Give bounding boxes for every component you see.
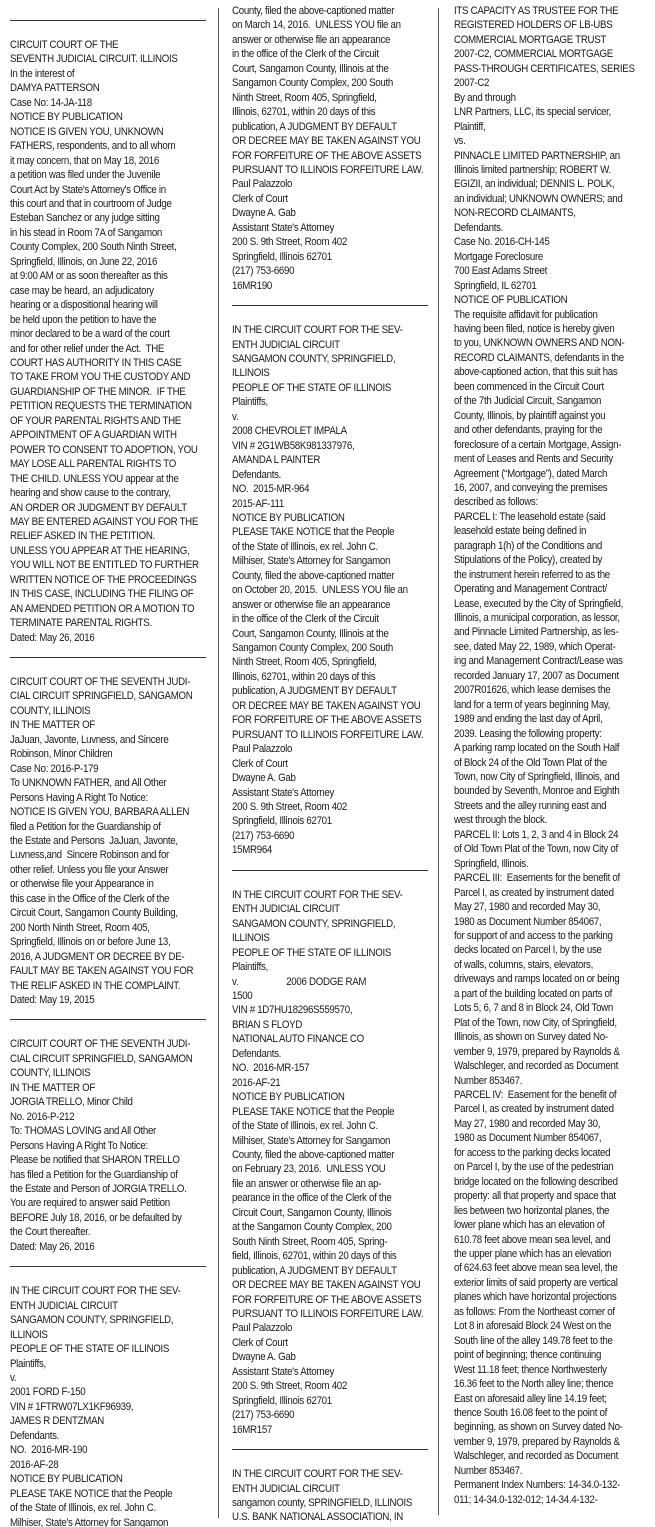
notice-line: vs. xyxy=(454,134,655,148)
notice-separator xyxy=(232,305,428,306)
notice-separator xyxy=(10,657,206,658)
notice-line: lies between two horizontal planes, the xyxy=(454,1204,655,1218)
notice-line: ILLINOIS xyxy=(232,366,435,380)
notice-line: YOU WILL NOT BE ENTITLED TO FURTHER xyxy=(10,558,213,572)
notice-line: of Old Town Plat of the Town, now City o… xyxy=(454,842,655,856)
notice-line: NOTICE BY PUBLICATION xyxy=(10,1472,213,1486)
notice-line: Milhiser, State's Attorney for Sangamon xyxy=(232,554,435,568)
notice-line: OR DECREE MAY BE TAKEN AGAINST YOU xyxy=(232,699,435,713)
notice-line: on March 14, 2016. UNLESS YOU file an xyxy=(232,18,435,32)
notice-line: CIAL CIRCUIT SPRINGFIELD, SANGAMON xyxy=(10,1052,213,1066)
column-divider xyxy=(438,8,439,1515)
notice-line: 2001 FORD F-150 xyxy=(10,1385,213,1399)
notice-line: 2039. Leasing the following property: xyxy=(454,727,655,741)
notice-line: this court and that in courtroom of Judg… xyxy=(10,197,213,211)
notice-line: 011; 14-34.0-132-012; 14-34.4-132- xyxy=(454,1493,655,1507)
notice-line: recorded January 17, 2007 as Document xyxy=(454,669,655,683)
notice-line: PETITION REQUESTS THE TERMINATION xyxy=(10,399,213,413)
legal-notice: IN THE CIRCUIT COURT FOR THE SEV-ENTH JU… xyxy=(10,1284,213,1527)
notice-line: ment of Leases and Rents and Security xyxy=(454,452,655,466)
notice-line: see, dated May 22, 1989, which Operat- xyxy=(454,640,655,654)
notice-line: Dwayne A. Gab xyxy=(232,1350,435,1364)
notice-line: the Estate and Persons JaJuan, Javonte, xyxy=(10,834,213,848)
notice-line: FOR FORFEITURE OF THE ABOVE ASSETS xyxy=(232,713,435,727)
notice-line: case may be heard, an adjudicatory xyxy=(10,284,213,298)
notice-line: ITS CAPACITY AS TRUSTEE FOR THE xyxy=(454,4,655,18)
notice-line: COUNTY, ILLINOIS xyxy=(10,704,213,718)
notice-line: JaJuan, Javonte, Luvness, and Sincere xyxy=(10,733,213,747)
notice-line: and Pinnacle Limited Partnership, as les… xyxy=(454,625,655,639)
notice-line: described as follows: xyxy=(454,495,655,509)
notice-line: file an answer or otherwise file an ap- xyxy=(232,1177,435,1191)
notice-line: field, Illinois, 62701, within 20 days o… xyxy=(232,1249,435,1263)
notice-line: Court Act by State's Attorney's Office i… xyxy=(10,183,213,197)
notice-line: Milhiser, State's Attorney for Sangamon xyxy=(232,1134,435,1148)
notice-line: County, Illinois, by plaintiff against y… xyxy=(454,409,655,423)
notice-line: Ninth Street, Room 405, Springfield, xyxy=(232,655,435,669)
notice-line: 16, 2007, and conveying the premises xyxy=(454,481,655,495)
notice-line: AN AMENDED PETITION OR A MOTION TO xyxy=(10,602,213,616)
notice-line: Dwayne A. Gab xyxy=(232,771,435,785)
notice-line: NOTICE BY PUBLICATION xyxy=(232,511,435,525)
notice-line: 15MR964 xyxy=(232,843,435,857)
notice-line: SEVENTH JUDICIAL CIRCUIT. ILLINOIS xyxy=(10,52,213,66)
notice-line: on February 23, 2016. UNLESS YOU xyxy=(232,1162,435,1176)
notice-line: driveways and ramps located on or being xyxy=(454,972,655,986)
notice-line: COUNTY, ILLINOIS xyxy=(10,1066,213,1080)
notice-line: leasehold estate being defined in xyxy=(454,524,655,538)
column-left: CIRCUIT COURT OF THESEVENTH JUDICIAL CIR… xyxy=(10,20,212,1527)
notice-line: of Block 24 of the Old Town Plat of the xyxy=(454,756,655,770)
notice-line: pearance in the office of the Clerk of t… xyxy=(232,1191,435,1205)
notice-line: 610.78 feet above mean sea level, and xyxy=(454,1233,655,1247)
notice-line: RELIEF ASKED IN THE PETITION. xyxy=(10,529,213,543)
notice-line: SANGAMON COUNTY, SPRINGFIELD, xyxy=(10,1313,213,1327)
notice-line: South Ninth Street, Room 405, Spring- xyxy=(232,1235,435,1249)
notice-line: PURSUANT TO ILLINOIS FORFEITURE LAW. xyxy=(232,163,435,177)
notice-line: other relief. Unless you file your Answe… xyxy=(10,863,213,877)
notice-line: hearing and show cause to the contrary, xyxy=(10,486,213,500)
notice-line: Paul Palazzolo xyxy=(232,177,435,191)
notice-line: been commenced in the Circuit Court xyxy=(454,380,655,394)
notice-line: (217) 753-6690 xyxy=(232,264,435,278)
notice-line: SANGAMON COUNTY, SPRINGFIELD, xyxy=(232,352,435,366)
notice-line: To: THOMAS LOVING and All Other xyxy=(10,1124,213,1138)
notice-separator xyxy=(232,1449,428,1450)
column-middle: County, filed the above-captioned matter… xyxy=(232,4,434,1525)
notice-line: Plaintiffs, xyxy=(232,395,435,409)
notice-line: VIN # 1FTRW07LX1KF96939, xyxy=(10,1400,213,1414)
notice-line: 700 East Adams Street xyxy=(454,264,655,278)
notice-line: DAMYA PATTERSON xyxy=(10,81,213,95)
notice-line: planes which have horizontal projections xyxy=(454,1290,655,1304)
notice-line: NON-RECORD CLAIMANTS, xyxy=(454,206,655,220)
notice-line: Illinois limited partnership; ROBERT W. xyxy=(454,163,655,177)
notice-line: Operating and Management Contract/ xyxy=(454,582,655,596)
notice-line: of the State of Illinois, ex rel. John C… xyxy=(232,1119,435,1133)
notice-line: ENTH JUDICIAL CIRCUIT xyxy=(10,1299,213,1313)
notice-line: having been filed, notice is hereby give… xyxy=(454,322,655,336)
notice-line: Dwayne A. Gab xyxy=(232,206,435,220)
notice-line: IN THE CIRCUIT COURT FOR THE SEV- xyxy=(232,888,435,902)
notice-line: paragraph 1(h) of the Conditions and xyxy=(454,539,655,553)
notice-line: 200 S. 9th Street, Room 402 xyxy=(232,1379,435,1393)
notice-line: PURSUANT TO ILLINOIS FORFEITURE LAW. xyxy=(232,728,435,742)
notice-line: above-captioned action, that this suit h… xyxy=(454,365,655,379)
notice-line: Springfield, Illinois 62701 xyxy=(232,814,435,828)
notice-line: a petition was filed under the Juvenile xyxy=(10,168,213,182)
notice-line: thence South 16.08 feet to the point of xyxy=(454,1406,655,1420)
notice-line: Clerk of Court xyxy=(232,1336,435,1350)
notice-line: point of beginning; thence continuing xyxy=(454,1348,655,1362)
notice-line: SANGAMON COUNTY, SPRINGFIELD, xyxy=(232,917,435,931)
legal-notice: ITS CAPACITY AS TRUSTEE FOR THEREGISTERE… xyxy=(454,4,655,1507)
notice-line: BRIAN S FLOYD xyxy=(232,1018,435,1032)
notice-line: (217) 753-6690 xyxy=(232,1408,435,1422)
notice-line: Lease, executed by the City of Springfie… xyxy=(454,597,655,611)
notice-line: AMANDA L PAINTER xyxy=(232,453,435,467)
notice-line: ENTH JUDICIAL CIRCUIT xyxy=(232,1482,435,1496)
notice-line: 2015-AF-111 xyxy=(232,497,435,511)
notice-line: PEOPLE OF THE STATE OF ILLINOIS xyxy=(232,946,435,960)
notice-line: OR DECREE MAY BE TAKEN AGAINST YOU xyxy=(232,134,435,148)
notice-line: NO. 2016-MR-190 xyxy=(10,1443,213,1457)
notice-line: PASS-THROUGH CERTIFICATES, SERIES xyxy=(454,62,655,76)
legal-notice: IN THE CIRCUIT COURT FOR THE SEV-ENTH JU… xyxy=(232,888,435,1437)
notice-line: You are required to answer said Petition xyxy=(10,1196,213,1210)
notice-line: Assistant State's Attorney xyxy=(232,786,435,800)
notice-line: 1989 and ending the last day of April, xyxy=(454,712,655,726)
notice-line: PARCEL III: Easements for the benefit of xyxy=(454,871,655,885)
notice-line: vember 9, 1979, prepared by Raynolds & xyxy=(454,1045,655,1059)
notice-line: Persons Having A Right To Notice: xyxy=(10,1139,213,1153)
notice-line: The requisite affidavit for publication xyxy=(454,308,655,322)
notice-line: it may concern, that on May 18, 2016 xyxy=(10,154,213,168)
notice-line: NOTICE IS GIVEN YOU, UNKNOWN xyxy=(10,125,213,139)
notice-line: PLEASE TAKE NOTICE that the People xyxy=(232,525,435,539)
notice-line: vember 9, 1979, prepared by Raynolds & xyxy=(454,1435,655,1449)
notice-line: NO. 2015-MR-964 xyxy=(232,482,435,496)
notice-line: 2016-AF-21 xyxy=(232,1076,435,1090)
notice-line: CIRCUIT COURT OF THE xyxy=(10,38,213,52)
notice-line: IN THE MATTER OF xyxy=(10,718,213,732)
notice-line: TERMINATE PARENTAL RIGHTS. xyxy=(10,616,213,630)
notice-line: Number 853467. xyxy=(454,1074,655,1088)
notice-line: in the office of the Clerk of the Circui… xyxy=(232,47,435,61)
notice-line: County, filed the above-captioned matter xyxy=(232,1148,435,1162)
notice-line: No. 2016-P-212 xyxy=(10,1110,213,1124)
column-right: ITS CAPACITY AS TRUSTEE FOR THEREGISTERE… xyxy=(454,4,655,1507)
notice-line: Illinois, a municipal corporation, as le… xyxy=(454,611,655,625)
notice-line: PLEASE TAKE NOTICE that the People xyxy=(232,1105,435,1119)
notice-line: ENTH JUDICIAL CIRCUIT xyxy=(232,902,435,916)
notice-line: COMMERCIAL MORTGAGE TRUST xyxy=(454,33,655,47)
notice-line: 2008 CHEVROLET IMPALA xyxy=(232,424,435,438)
notice-line: PURSUANT TO ILLINOIS FORFEITURE LAW. xyxy=(232,1307,435,1321)
notice-line: 2007-C2 xyxy=(454,76,655,90)
notice-line: the Court thereafter. xyxy=(10,1225,213,1239)
notice-line: WRITTEN NOTICE OF THE PROCEEDINGS xyxy=(10,573,213,587)
notice-line: By and through xyxy=(454,91,655,105)
notice-line: Streets and the alley running east and xyxy=(454,799,655,813)
notice-line: APPOINTMENT OF A GUARDIAN WITH xyxy=(10,428,213,442)
notice-line: CIAL CIRCUIT SPRINGFIELD, SANGAMON xyxy=(10,689,213,703)
notice-line: TO TAKE FROM YOU THE CUSTODY AND xyxy=(10,370,213,384)
notice-line: AN ORDER OR JUDGMENT BY DEFAULT xyxy=(10,501,213,515)
notice-line: IN THE CIRCUIT COURT FOR THE SEV- xyxy=(232,1467,435,1481)
notice-line: Persons Having A Right To Notice: xyxy=(10,791,213,805)
notice-line: v. xyxy=(232,410,435,424)
notice-line: Esteban Sanchez or any judge sitting xyxy=(10,211,213,225)
notice-line: at the Sangamon County Complex, 200 xyxy=(232,1220,435,1234)
notice-line: Clerk of Court xyxy=(232,757,435,771)
notice-line: the upper plane which has an elevation xyxy=(454,1247,655,1261)
notice-line: for support of and access to the parking xyxy=(454,929,655,943)
notice-line: publication, A JUDGMENT BY DEFAULT xyxy=(232,1264,435,1278)
legal-notice: County, filed the above-captioned matter… xyxy=(232,4,435,293)
notice-line: CIRCUIT COURT OF THE SEVENTH JUDI- xyxy=(10,675,213,689)
notice-line: of walls, columns, stairs, elevators, xyxy=(454,958,655,972)
column-divider xyxy=(218,8,219,1518)
notice-line: PLEASE TAKE NOTICE that the People xyxy=(10,1487,213,1501)
notice-line: Defendants. xyxy=(232,468,435,482)
legal-notice: IN THE CIRCUIT COURT FOR THE SEV-ENTH JU… xyxy=(232,1467,435,1525)
notice-line: NOTICE BY PUBLICATION xyxy=(10,110,213,124)
notice-line: Sangamon County Complex, 200 South xyxy=(232,76,435,90)
notice-line: Court, Sangamon County, Illinois at the xyxy=(232,62,435,76)
notice-line: or otherwise file your Appearance in xyxy=(10,877,213,891)
notice-line: beginning, as shown on Survey dated No- xyxy=(454,1420,655,1434)
notice-line: answer or otherwise file an appearance xyxy=(232,33,435,47)
notice-line: West 11.18 feet; thence Northwesterly xyxy=(454,1363,655,1377)
notice-line: Dated: May 26, 2016 xyxy=(10,1240,213,1254)
notice-line: sangamon county, SPRINGFIELD, ILLINOIS xyxy=(232,1496,435,1510)
notice-line: In the interest of xyxy=(10,67,213,81)
notice-separator xyxy=(10,20,206,21)
notice-line: Walschleger, and recorded as Document xyxy=(454,1059,655,1073)
notice-line: IN THE MATTER OF xyxy=(10,1081,213,1095)
notice-line: Robinson, Minor Children xyxy=(10,747,213,761)
notice-line: Circuit Court, Sangamon County Building, xyxy=(10,906,213,920)
notice-line: A parking ramp located on the South Half xyxy=(454,741,655,755)
notice-line: be held upon the petition to have the xyxy=(10,313,213,327)
notice-line: 2007R01626, which lease demises the xyxy=(454,683,655,697)
notice-line: County, filed the above-captioned matter xyxy=(232,4,435,18)
notice-line: the Estate and Person of JORGIA TRELLO. xyxy=(10,1182,213,1196)
notice-line: Stipulations of the Policy), created by xyxy=(454,553,655,567)
notice-line: minor declared to be a ward of the court xyxy=(10,327,213,341)
notice-line: Case No: 14-JA-118 xyxy=(10,96,213,110)
notice-line: publication, A JUDGMENT BY DEFAULT xyxy=(232,120,435,134)
notice-line: PEOPLE OF THE STATE OF ILLINOIS xyxy=(10,1342,213,1356)
notice-line: REGISTERED HOLDERS OF LB-UBS xyxy=(454,18,655,32)
notice-line: PINNACLE LIMITED PARTNERSHIP, an xyxy=(454,149,655,163)
notice-line: VIN # 2G1WB58K981337976, xyxy=(232,439,435,453)
notice-line: in his stead in Room 7A of Sangamon xyxy=(10,226,213,240)
notice-line: Springfield, Illinois 62701 xyxy=(232,1394,435,1408)
notice-line: PARCEL IV: Easement for the benefit of xyxy=(454,1088,655,1102)
notice-line: Defendants. xyxy=(232,1047,435,1061)
notice-line: UNLESS YOU APPEAR AT THE HEARING, xyxy=(10,544,213,558)
notice-line: decks located on Parcel I, by the use xyxy=(454,943,655,957)
notice-line: Clerk of Court xyxy=(232,192,435,206)
legal-notice: IN THE CIRCUIT COURT FOR THE SEV-ENTH JU… xyxy=(232,323,435,858)
notice-line: Dated: May 26, 2016 xyxy=(10,631,213,645)
notice-line: IN THE CIRCUIT COURT FOR THE SEV- xyxy=(10,1284,213,1298)
notice-line: OR DECREE MAY BE TAKEN AGAINST YOU xyxy=(232,1278,435,1292)
notice-line: FAULT MAY BE TAKEN AGAINST YOU FOR xyxy=(10,964,213,978)
notice-line: IN THIS CASE, INCLUDING THE FILING OF xyxy=(10,587,213,601)
notice-line: Plaintiffs, xyxy=(10,1357,213,1371)
notice-line: Case No: 2016-P-179 xyxy=(10,762,213,776)
notice-line: MAY BE ENTERED AGAINST YOU FOR THE xyxy=(10,515,213,529)
notice-line: Number 853467. xyxy=(454,1464,655,1478)
notice-line: VIN # 1D7HU18296S559570, xyxy=(232,1003,435,1017)
notice-line: Court, Sangamon County, Illinois at the xyxy=(232,627,435,641)
notice-line: NOTICE OF PUBLICATION xyxy=(454,293,655,307)
notice-line: JAMES R DENTZMAN xyxy=(10,1414,213,1428)
notice-line: an individual; UNKNOWN OWNERS; and xyxy=(454,192,655,206)
notice-line: CIRCUIT COURT OF THE SEVENTH JUDI- xyxy=(10,1037,213,1051)
notice-line: NOTICE BY PUBLICATION xyxy=(232,1090,435,1104)
notice-line: THE RELIF ASKED IN THE COMPLAINT. xyxy=(10,979,213,993)
notice-line: 16MR190 xyxy=(232,279,435,293)
notice-line: Mortgage Foreclosure xyxy=(454,250,655,264)
notice-line: Town, now City of Springfield, Illinois,… xyxy=(454,770,655,784)
notice-line: Circuit Court, Sangamon County, Illinois xyxy=(232,1206,435,1220)
notice-line: Springfield, Illinois on or before June … xyxy=(10,935,213,949)
notice-line: on October 20, 2015. UNLESS YOU file an xyxy=(232,583,435,597)
notice-line: 2007-C2, COMMERCIAL MORTGAGE xyxy=(454,47,655,61)
notice-line: THE CHILD. UNLESS YOU appear at the xyxy=(10,472,213,486)
notice-line: FATHERS, respondents, and to all whom xyxy=(10,139,213,153)
notice-line: NOTICE IS GIVEN YOU, BARBARA ALLEN xyxy=(10,805,213,819)
notice-line: of the 7th Judicial Circuit, Sangamon xyxy=(454,394,655,408)
notice-line: in the office of the Clerk of the Circui… xyxy=(232,612,435,626)
notice-line: west through the block. xyxy=(454,813,655,827)
notice-line: Ninth Street, Room 405, Springfield, xyxy=(232,91,435,105)
notice-line: East on aforesaid alley line 14.19 feet; xyxy=(454,1392,655,1406)
notice-line: lower plane which has an elevation of xyxy=(454,1218,655,1232)
notice-line: (217) 753-6690 xyxy=(232,829,435,843)
legal-notice: CIRCUIT COURT OF THE SEVENTH JUDI-CIAL C… xyxy=(10,675,213,1007)
notice-line: Agreement (“Mortgage”), dated March xyxy=(454,467,655,481)
notice-line: hearing or a dispositional hearing will xyxy=(10,298,213,312)
notice-line: PARCEL I: The leasehold estate (said xyxy=(454,510,655,524)
notice-line: Dated: May 19, 2015 xyxy=(10,993,213,1007)
notice-line: FOR FORFEITURE OF THE ABOVE ASSETS xyxy=(232,149,435,163)
notice-line: Sangamon County Complex, 200 South xyxy=(232,641,435,655)
notice-line: Lots 5, 6, 7 and 8 in Block 24, Old Town xyxy=(454,1001,655,1015)
notice-line: ILLINOIS xyxy=(232,931,435,945)
notice-line: May 27, 1980 and recorded May 30, xyxy=(454,900,655,914)
notice-line: 2016-AF-28 xyxy=(10,1458,213,1472)
notice-line: Paul Palazzolo xyxy=(232,742,435,756)
notice-line: on Parcel I, by the use of the pedestria… xyxy=(454,1160,655,1174)
notice-line: Springfield, Illinois, on June 22, 2016 xyxy=(10,255,213,269)
notice-line: foreclosure of a certain Mortgage, Assig… xyxy=(454,438,655,452)
notice-line: ILLINOIS xyxy=(10,1328,213,1342)
notice-line: Plaintiff, xyxy=(454,120,655,134)
notice-line: has filed a Petition for the Guardianshi… xyxy=(10,1168,213,1182)
notice-line: the instrument herein referred to as the xyxy=(454,568,655,582)
notice-line: publication, A JUDGMENT BY DEFAULT xyxy=(232,684,435,698)
notice-line: Parcel I, as created by instrument dated xyxy=(454,1102,655,1116)
notice-line: answer or otherwise file an appearance xyxy=(232,598,435,612)
notice-line: RECORD CLAIMANTS, defendants in the xyxy=(454,351,655,365)
notice-line: May 27, 1980 and recorded May 30, xyxy=(454,1117,655,1131)
notice-line: U.S. BANK NATIONAL ASSOCIATION, IN xyxy=(232,1510,435,1524)
notice-line: FOR FORFEITURE OF THE ABOVE ASSETS xyxy=(232,1293,435,1307)
notice-line: IN THE CIRCUIT COURT FOR THE SEV- xyxy=(232,323,435,337)
notice-line: bounded by Seventh, Monroe and Eighth xyxy=(454,784,655,798)
notice-line: v. 2006 DODGE RAM xyxy=(232,975,435,989)
notice-line: 16MR157 xyxy=(232,1423,435,1437)
notice-line: 1500 xyxy=(232,989,435,1003)
notice-line: this case in the Office of the Clerk of … xyxy=(10,892,213,906)
notice-line: Illinois, as shown on Survey dated No- xyxy=(454,1030,655,1044)
notice-line: 200 North Ninth Street, Room 405, xyxy=(10,921,213,935)
notice-line: to you, UNKNOWN OWNERS AND NON- xyxy=(454,336,655,350)
notice-line: GUARDIANSHIP OF THE MINOR. IF THE xyxy=(10,385,213,399)
notice-line: 200 S. 9th Street, Room 402 xyxy=(232,800,435,814)
notice-line: filed a Petition for the Guardianship of xyxy=(10,820,213,834)
notice-line: PARCEL II: Lots 1, 2, 3 and 4 in Block 2… xyxy=(454,828,655,842)
notice-line: Luvness,and Sincere Robinson and for xyxy=(10,848,213,862)
notice-separator xyxy=(10,1266,206,1267)
notice-line: Permanent Index Numbers: 14-34.0-132- xyxy=(454,1478,655,1492)
notice-line: County, filed the above-captioned matter xyxy=(232,569,435,583)
notice-line: NATIONAL AUTO FINANCE CO xyxy=(232,1032,435,1046)
notice-line: Defendants. xyxy=(10,1429,213,1443)
notice-line: Milhiser, State's Attorney for Sangamon xyxy=(10,1516,213,1527)
notice-line: 1980 as Document Number 854067, xyxy=(454,1131,655,1145)
notice-line: 200 S. 9th Street, Room 402 xyxy=(232,235,435,249)
notice-line: County Complex, 200 South Ninth Street, xyxy=(10,240,213,254)
notice-line: NO. 2016-MR-157 xyxy=(232,1061,435,1075)
notice-line: ing and Management Contract/Lease was xyxy=(454,654,655,668)
notice-separator xyxy=(10,1019,206,1020)
notice-line: Plaintiffs, xyxy=(232,960,435,974)
notice-line: land for a term of years beginning May, xyxy=(454,698,655,712)
notice-line: for access to the parking decks located xyxy=(454,1146,655,1160)
notice-line: Illinois, 62701, within 20 days of this xyxy=(232,670,435,684)
notice-line: a part of the building located on parts … xyxy=(454,987,655,1001)
notice-line: Walschleger, and recorded as Document xyxy=(454,1449,655,1463)
notice-line: and other defendants, praying for the xyxy=(454,423,655,437)
notice-line: PEOPLE OF THE STATE OF ILLINOIS xyxy=(232,381,435,395)
notice-line: Springfield, Illinois. xyxy=(454,857,655,871)
notice-line: v. xyxy=(10,1371,213,1385)
notice-line: ENTH JUDICIAL CIRCUIT xyxy=(232,338,435,352)
notice-line: Springfield, IL 62701 xyxy=(454,279,655,293)
notice-line: of 624.63 feet above mean sea level, the xyxy=(454,1261,655,1275)
notice-line: Paul Palazzolo xyxy=(232,1321,435,1335)
notice-line: property: all that property and space th… xyxy=(454,1189,655,1203)
notice-line: 1980 as Document Number 854067, xyxy=(454,915,655,929)
notice-line: LNR Partners, LLC, its special servicer, xyxy=(454,105,655,119)
notice-line: South line of the alley 149.78 feet to t… xyxy=(454,1334,655,1348)
notice-line: Defendants. xyxy=(454,221,655,235)
notice-line: Springfield, Illinois 62701 xyxy=(232,250,435,264)
notice-line: BEFORE July 18, 2016, or be defaulted by xyxy=(10,1211,213,1225)
notice-line: Plat of the Town, now City, of Springfie… xyxy=(454,1016,655,1030)
notice-line: OF YOUR PARENTAL RIGHTS AND THE xyxy=(10,414,213,428)
notice-line: 16.36 feet to the North alley line; then… xyxy=(454,1377,655,1391)
notice-separator xyxy=(232,870,428,871)
notice-line: Parcel I, as created by instrument dated xyxy=(454,886,655,900)
notice-line: JORGIA TRELLO, Minor Child xyxy=(10,1095,213,1109)
